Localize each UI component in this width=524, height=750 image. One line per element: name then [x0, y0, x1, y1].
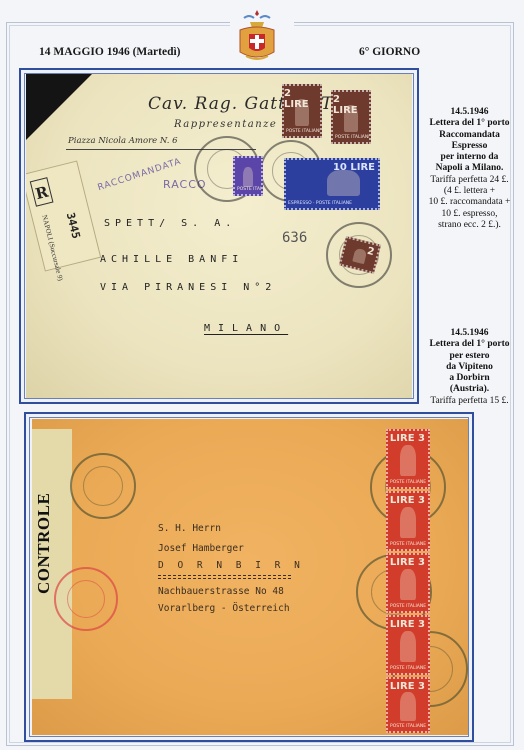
recipient-line-1: SPETT/ S. A. [104, 218, 236, 229]
recipient-line-1: S. H. Herrn [158, 523, 221, 534]
page-date: 14 MAGGIO 1946 (Martedì) [39, 46, 181, 58]
stamp-violet: POSTE ITALIANE [233, 156, 263, 196]
recipient-line-5: Vorarlberg - Österreich [158, 603, 290, 614]
stamp-3-lire-3: LIRE 3POSTE ITALIANE [386, 553, 430, 613]
recipient-line-3: VIA PIRANESI N°2 [100, 282, 276, 293]
day-counter: 6° GIORNO [359, 46, 420, 58]
stamp-3-lire-4: LIRE 3POSTE ITALIANE [386, 615, 430, 675]
registration-label: R NAPOLI (Succursale 9) 3445 [26, 160, 101, 271]
stamp-3-lire-5: LIRE 3POSTE ITALIANE [386, 677, 430, 733]
cover-vipiteno-dornbirn[interactable]: CONTROLE LIRE 3POSTE ITALIANE LIRE 3POST… [32, 419, 468, 735]
cover-napoli-milano[interactable]: Cav. Rag. Gattola To Rappresentanze Piaz… [26, 74, 412, 398]
stamp-espresso-10-lire: 10 LIREESPRESSO · POSTE ITALIANE [284, 158, 380, 210]
recipient-line-3: D O R N B I R N [158, 560, 304, 571]
censor-label: CONTROLE [34, 493, 54, 594]
mourning-corner [26, 74, 92, 140]
manuscript-number: 636 [282, 230, 307, 246]
stamp-2-lire-1: 2 LIREPOSTE ITALIANE [282, 84, 322, 138]
registration-number: 3445 [64, 211, 83, 240]
stamp-3-lire-1: LIRE 3POSTE ITALIANE [386, 429, 430, 489]
censor-postmark [54, 567, 118, 631]
postmark-vipiteno-1 [70, 453, 136, 519]
registration-mark: R [30, 177, 54, 207]
caption-cover-1: 14.5.1946 Lettera del 1° porto Raccomand… [417, 107, 522, 231]
registration-office: NAPOLI (Succursale 9) [40, 214, 64, 282]
stamp-3-lire-2: LIRE 3POSTE ITALIANE [386, 491, 430, 551]
caption-cover-2: 14.5.1946 Lettera del 1° porto per ester… [417, 328, 522, 407]
city-double-underline [158, 575, 291, 579]
savoy-coat-of-arms-icon [236, 8, 278, 64]
recipient-line-2: ACHILLE BANFI [100, 254, 243, 265]
recipient-line-4: Nachbauerstrasse No 48 [158, 586, 284, 597]
recipient-line-2: Josef Hamberger [158, 543, 244, 554]
letterhead-address: Piazza Nicola Amore N. 6 [68, 136, 178, 146]
stamp-2-lire-2: 2 LIREPOSTE ITALIANE [331, 90, 371, 144]
recipient-line-4: MILANO [204, 323, 288, 334]
letterhead-subtitle: Rappresentanze [174, 119, 277, 130]
